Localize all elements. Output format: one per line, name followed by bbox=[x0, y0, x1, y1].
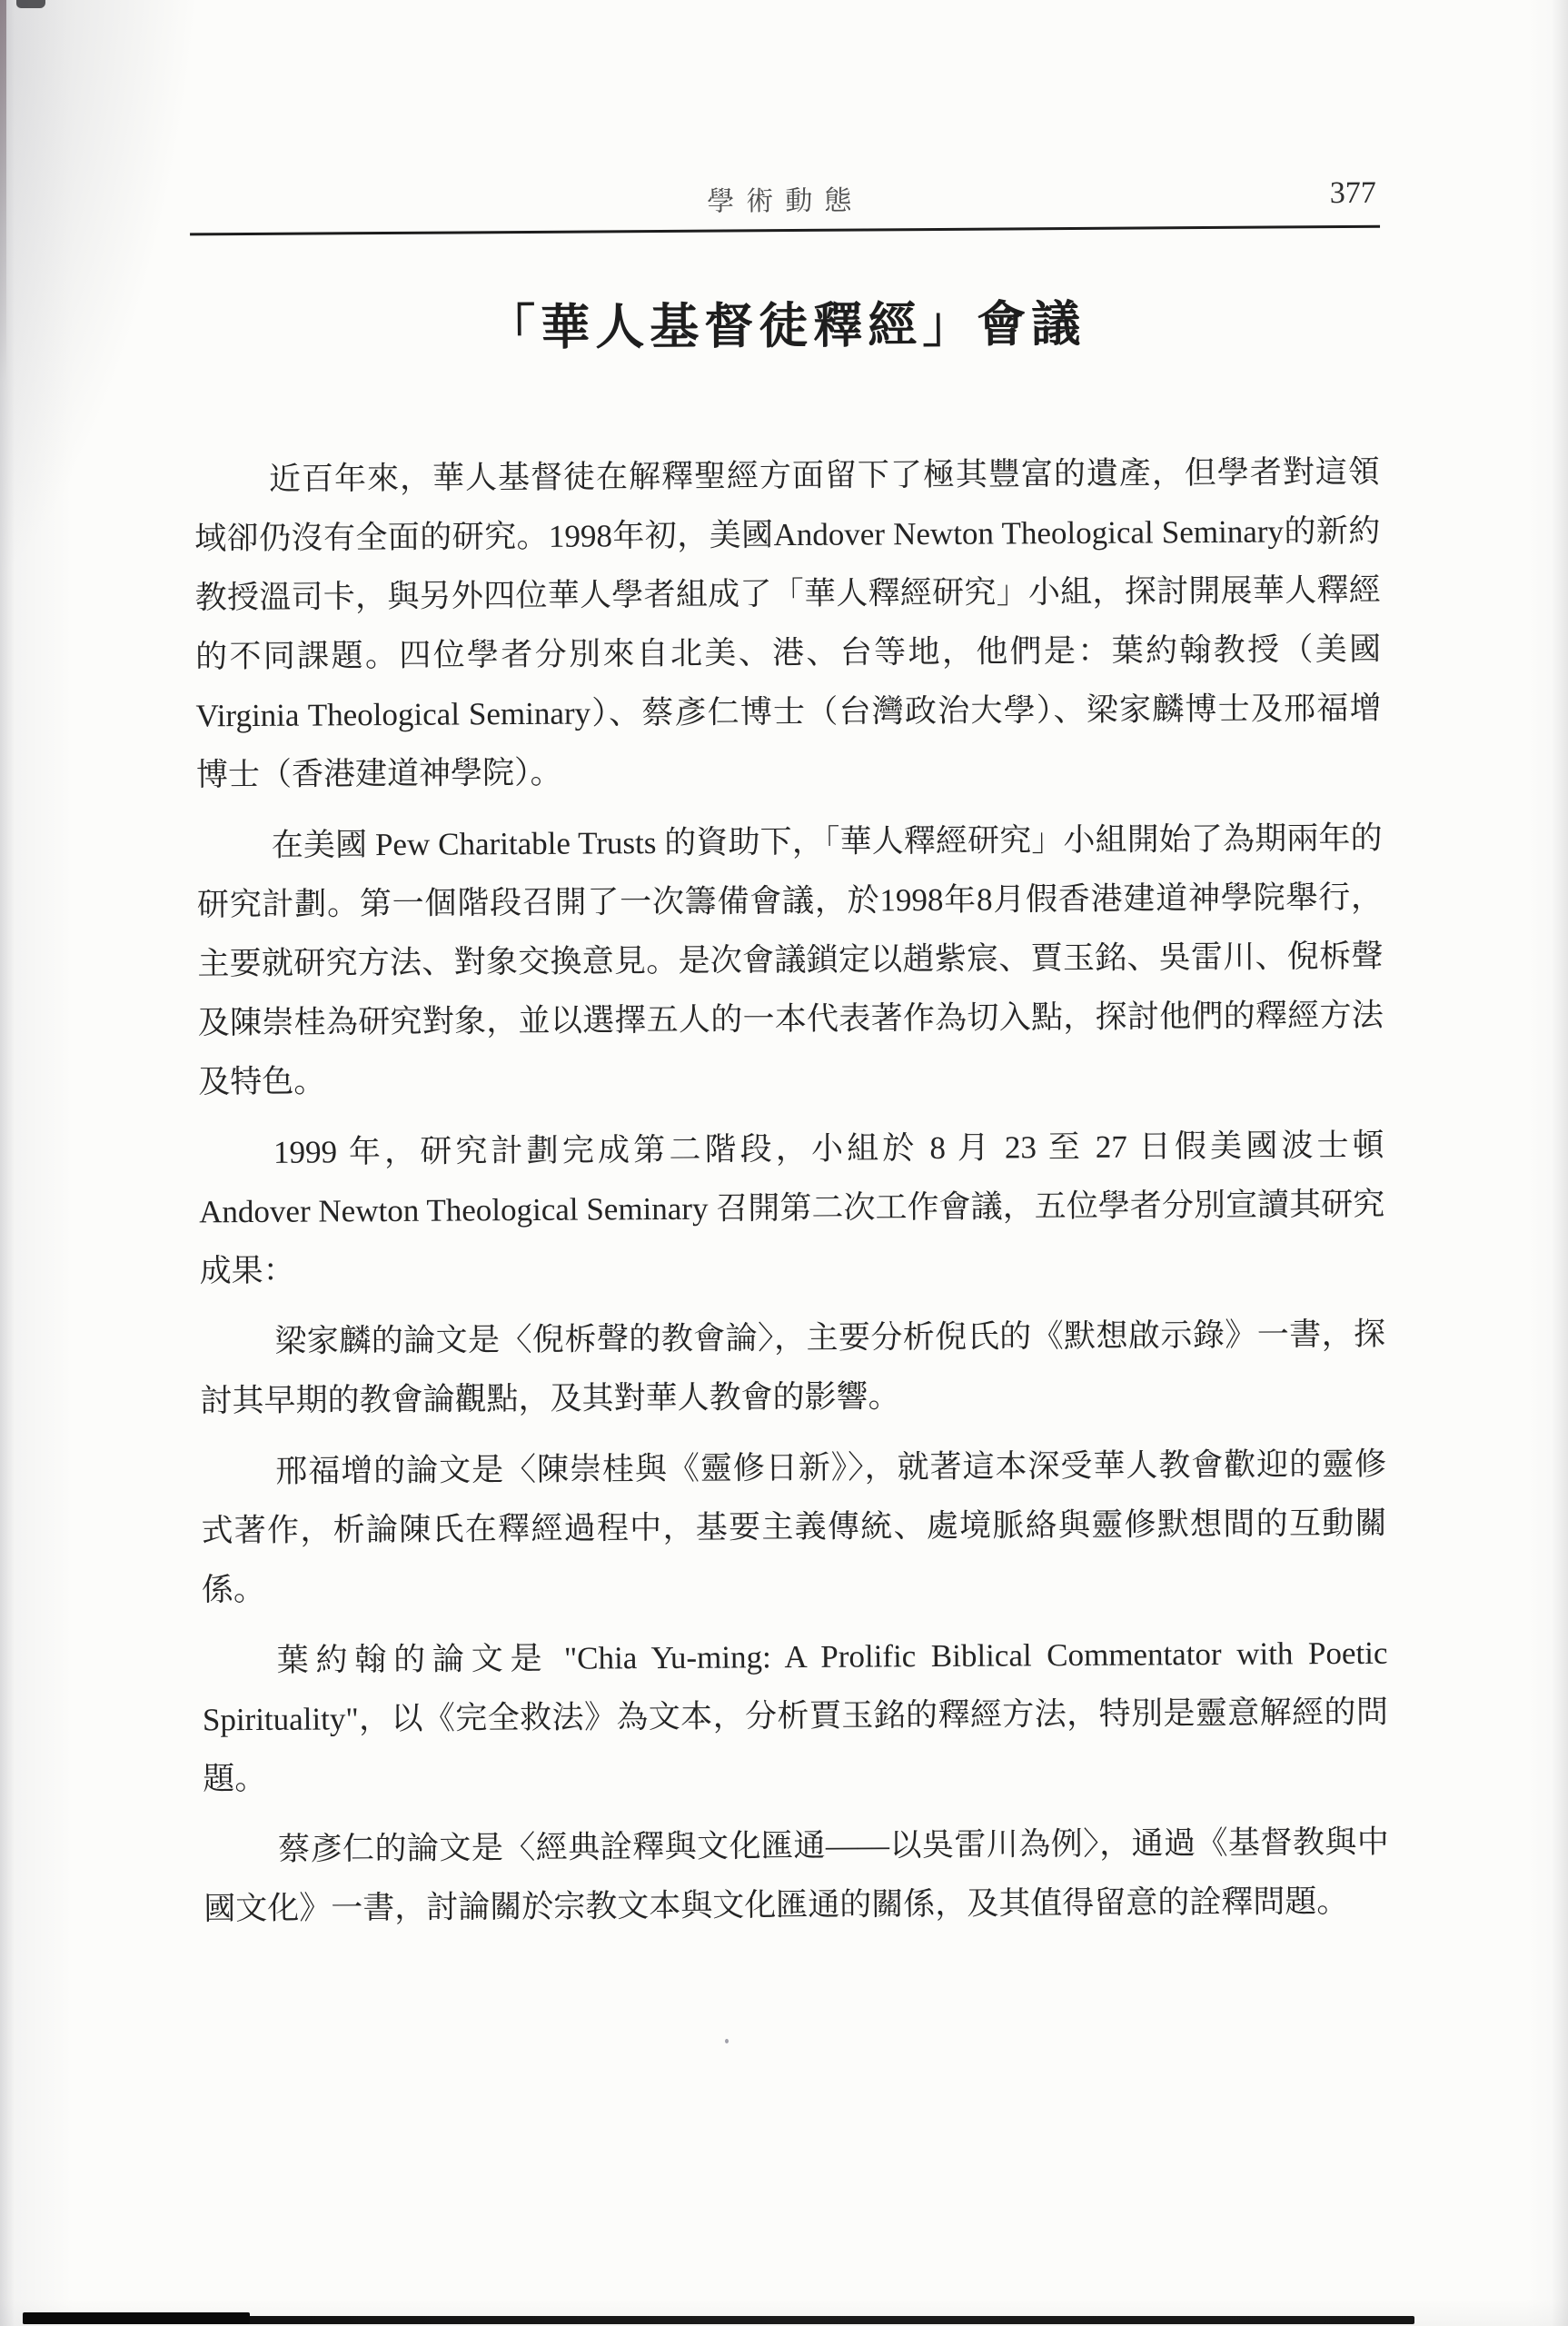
paragraph-tsai-paper: 蔡彥仁的論文是〈經典詮釋與文化匯通——以吳雷川為例〉，通過《基督教與中國文化》一… bbox=[203, 1813, 1390, 1939]
article-title: 「華人基督徒釋經」會議 bbox=[193, 283, 1378, 362]
paragraph-funding-first-meeting: 在美國 Pew Charitable Trusts 的資助下，「華人釋經研究」小… bbox=[196, 809, 1384, 1112]
paragraph-second-meeting: 1999 年，研究計劃完成第二階段，小組於 8 月 23 至 27 日假美國波士… bbox=[199, 1116, 1385, 1301]
page-content: 學術動態 377 「華人基督徒釋經」會議 近百年來，華人基督徒在解釋聖經方面留下… bbox=[191, 0, 1392, 2326]
running-head: 學術動態 bbox=[707, 178, 863, 219]
header-rule bbox=[190, 225, 1380, 236]
scan-artifact-speck bbox=[725, 2039, 729, 2043]
paragraph-intro: 近百年來，華人基督徒在解釋聖經方面留下了極其豐富的遺產，但學者對這領域卻仍沒有全… bbox=[194, 442, 1383, 805]
paragraph-leung-paper: 梁家麟的論文是〈倪柝聲的教會論〉，主要分析倪氏的《默想啟示錄》一書，探討其早期的… bbox=[200, 1305, 1386, 1431]
scan-artifact-left-streak bbox=[0, 0, 6, 382]
paragraph-yieh-paper: 葉約翰的論文是 "Chia Yu-ming: A Prolific Biblic… bbox=[202, 1624, 1388, 1809]
scan-artifact-bottom-bar-left bbox=[23, 2312, 250, 2324]
article-body: 近百年來，華人基督徒在解釋聖經方面留下了極其豐富的遺產，但學者對這領域卻仍沒有全… bbox=[194, 442, 1390, 1951]
scan-artifact-top-left-blemish bbox=[16, 0, 45, 8]
paragraph-ying-paper: 邢福增的論文是〈陳崇桂與《靈修日新》〉，就著這本深受華人教會歡迎的靈修式著作，析… bbox=[201, 1435, 1387, 1620]
scanned-journal-page: 學術動態 377 「華人基督徒釋經」會議 近百年來，華人基督徒在解釋聖經方面留下… bbox=[0, 0, 1568, 2326]
page-number: 377 bbox=[1330, 176, 1376, 211]
